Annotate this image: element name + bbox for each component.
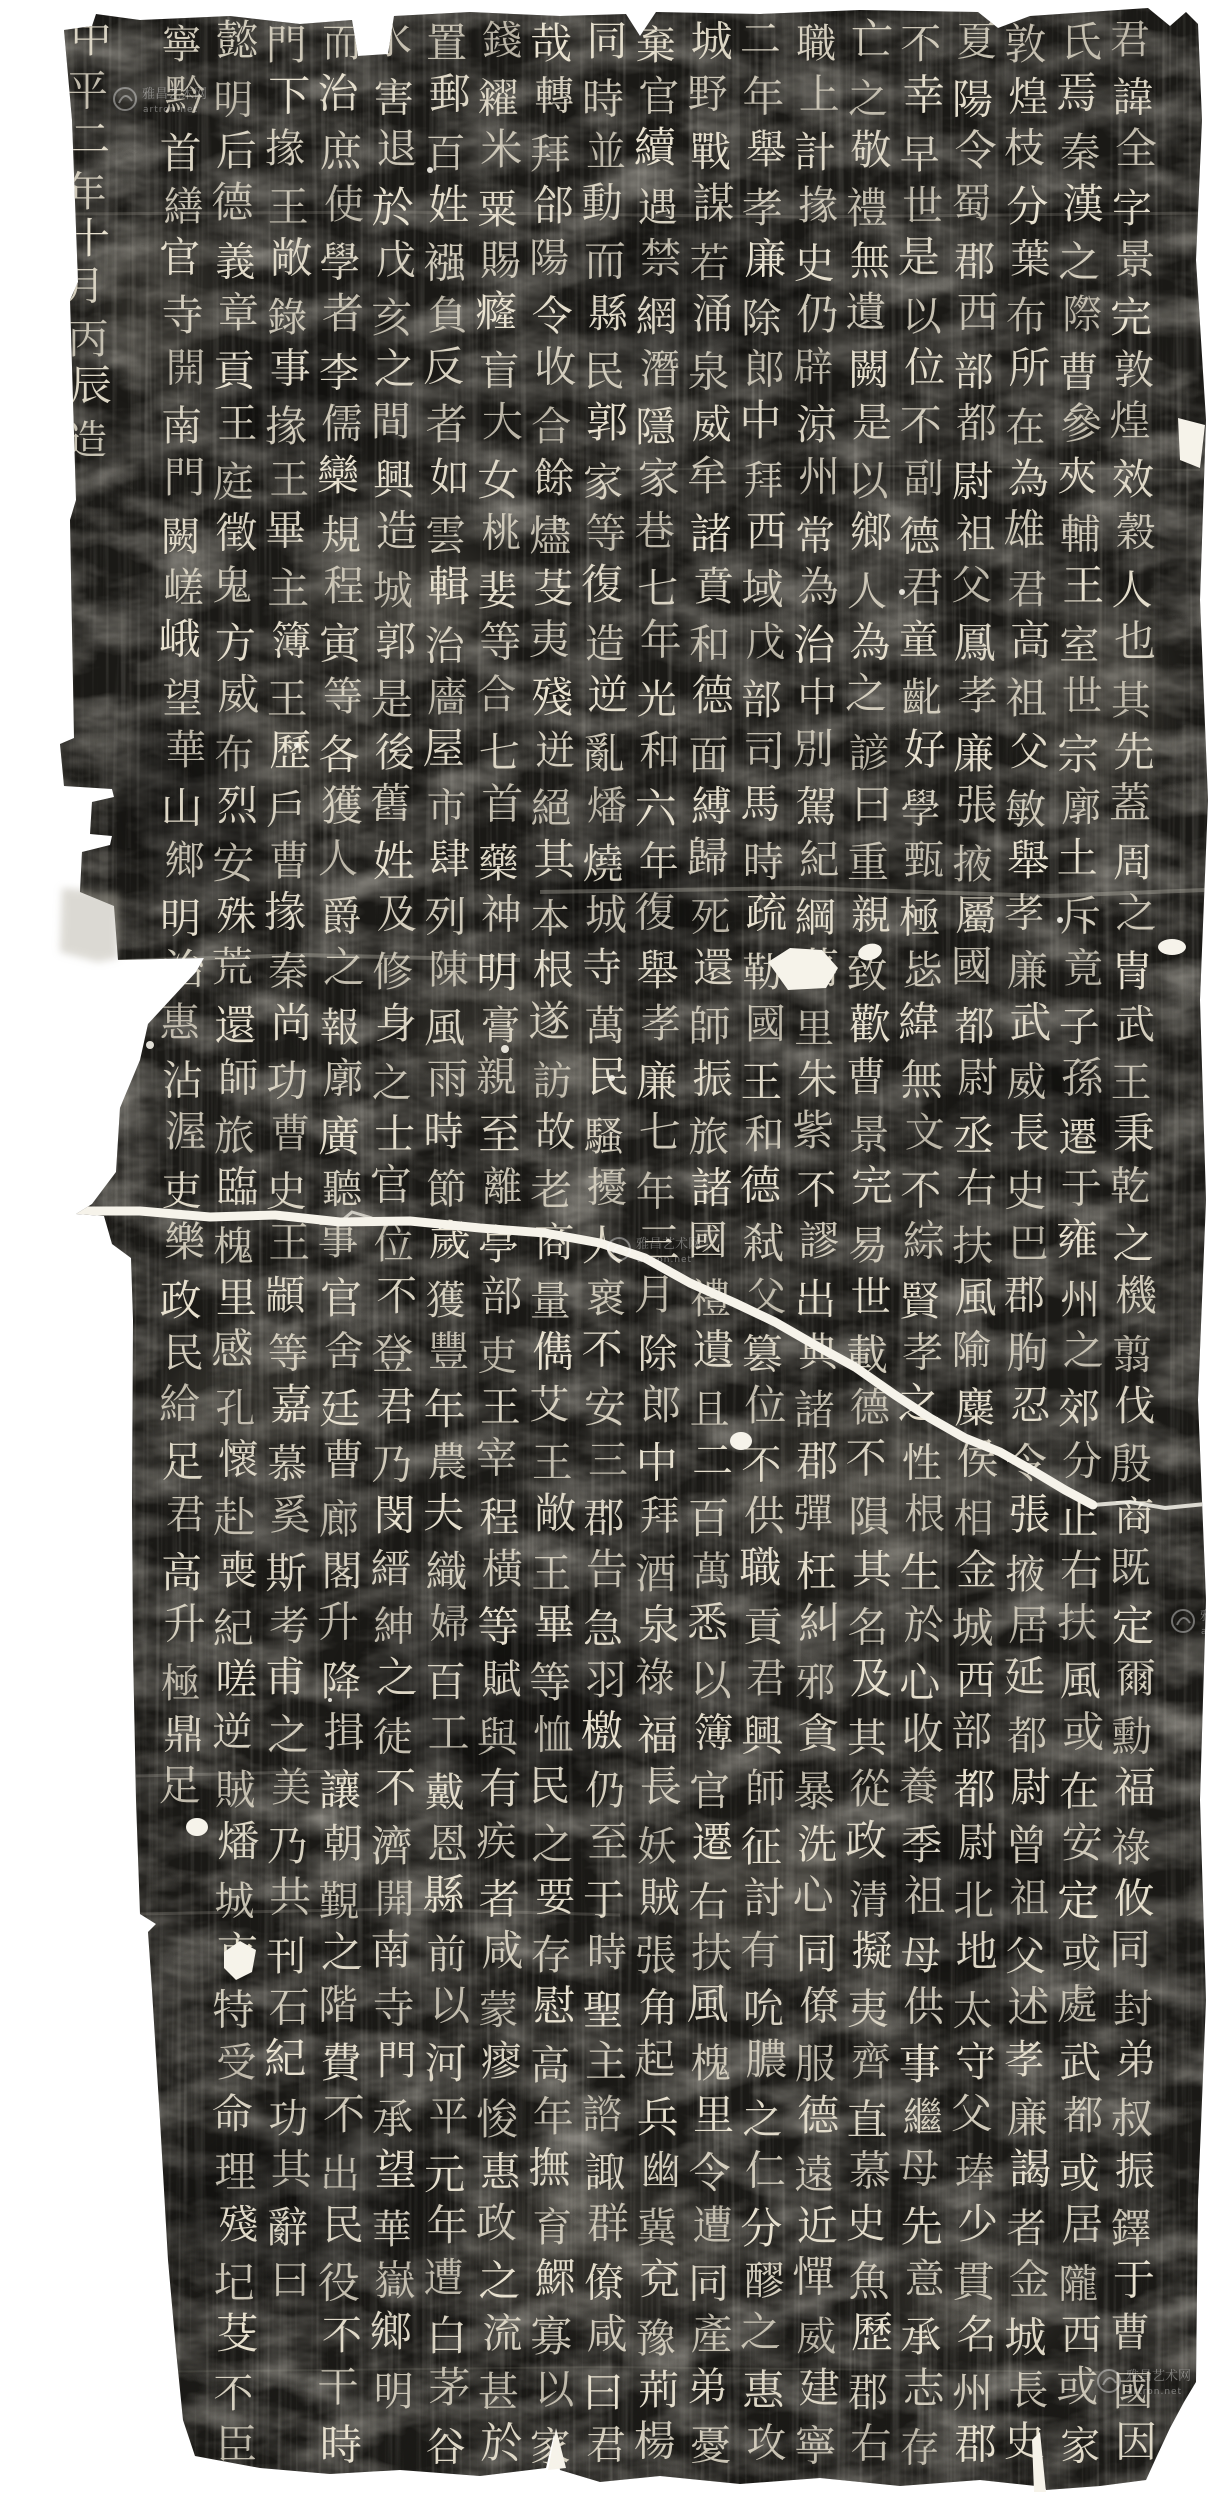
glyph: 掾 xyxy=(798,183,838,229)
text-column-12: 哉轉拜郃陽令收合餘燼芟夷殘迸絕其本根遂訪故老商量儁艾王敞王畢等恤民之要存慰高年撫… xyxy=(528,19,577,2471)
glyph: 煌 xyxy=(1008,75,1048,121)
glyph: 騷 xyxy=(583,1114,624,1160)
glyph: 出 xyxy=(794,1275,836,1324)
glyph: 郎 xyxy=(744,346,785,394)
glyph: 不 xyxy=(322,2313,362,2359)
glyph: 共 xyxy=(269,1872,311,1921)
glyph: 不 xyxy=(900,1167,941,1215)
glyph: 夷 xyxy=(529,616,570,664)
glyph: 降 xyxy=(321,1659,361,1705)
glyph: 高 xyxy=(1010,617,1051,665)
glyph: 性 xyxy=(902,1441,942,1487)
glyph: 冀 xyxy=(636,2204,678,2252)
glyph: 縣 xyxy=(588,291,629,337)
glyph: 以 xyxy=(534,2367,576,2413)
glyph: 人 xyxy=(847,569,887,615)
glyph: 廓 xyxy=(1061,784,1101,830)
glyph: 拜 xyxy=(530,130,571,178)
glyph: 里 xyxy=(693,2091,734,2139)
text-column-18: 懿明后德義章貢王庭徵鬼方威布烈安殊荒還師旅臨槐里感孔懷赴喪紀嗟逆賊燔城市特受命理… xyxy=(211,16,259,2468)
glyph: 謀 xyxy=(693,179,735,228)
glyph: 十 xyxy=(68,214,110,263)
glyph: 恤 xyxy=(533,1713,573,1759)
glyph: 效 xyxy=(1112,455,1154,504)
glyph: 郵 xyxy=(429,70,471,119)
watermark-en: artron.net xyxy=(637,1255,692,1265)
glyph: 階 xyxy=(318,1983,358,2029)
glyph: 紀 xyxy=(213,1604,254,1652)
glyph: 害 xyxy=(374,76,414,122)
watermark-cn: 雅昌艺术网 xyxy=(636,1236,701,1252)
watermark-en: artron.net xyxy=(1127,2387,1182,2397)
glyph: 子 xyxy=(1059,1003,1100,1051)
glyph: 悉 xyxy=(687,1598,729,1646)
glyph: 紳 xyxy=(373,1602,414,1650)
glyph: 舉 xyxy=(1007,836,1049,885)
glyph: 僚 xyxy=(799,1984,839,2030)
glyph: 續 xyxy=(634,123,679,172)
glyph: 攸 xyxy=(1114,1874,1155,1922)
glyph: 夷 xyxy=(847,1985,889,2034)
glyph: 張 xyxy=(956,780,998,829)
glyph: 首 xyxy=(481,779,523,828)
glyph: 嘉 xyxy=(270,1380,312,1429)
glyph: 賊 xyxy=(639,1873,680,1921)
glyph: 世 xyxy=(902,182,943,230)
glyph: 于 xyxy=(1113,2256,1155,2305)
glyph: 戴 xyxy=(425,1770,465,1816)
glyph: 粟 xyxy=(477,187,517,233)
glyph: 雲 xyxy=(425,511,466,559)
glyph: 同 xyxy=(688,2260,729,2308)
glyph: 意 xyxy=(905,2257,945,2303)
glyph: 烈 xyxy=(217,781,259,829)
glyph: 鄉 xyxy=(370,2307,412,2356)
glyph: 洗 xyxy=(797,1822,837,1868)
glyph: 其 xyxy=(271,2145,314,2193)
glyph: 德 xyxy=(692,671,735,720)
glyph: 封 xyxy=(1113,1987,1153,2033)
glyph: 酒 xyxy=(635,1550,676,1598)
glyph: 主 xyxy=(585,2037,627,2086)
glyph: 西 xyxy=(1061,2311,1102,2359)
glyph: 直 xyxy=(847,2096,888,2144)
glyph: 者 xyxy=(426,400,468,449)
glyph: 者 xyxy=(479,1875,520,1923)
glyph: 不 xyxy=(796,1168,836,1214)
glyph: 牟 xyxy=(687,452,728,500)
text-column-2: 氏焉秦漢之際曹參夾輔王室世宗廓土斥竟子孫遷于雍州之郊分止右扶風或在安定或處武都或… xyxy=(1056,18,1104,2469)
glyph: 紫 xyxy=(792,1106,834,1155)
glyph: 君 xyxy=(1110,17,1150,63)
glyph: 分 xyxy=(1006,182,1048,231)
glyph: 中 xyxy=(71,14,112,62)
glyph: 之 xyxy=(374,345,416,394)
glyph: 二 xyxy=(740,15,781,63)
glyph: 臣 xyxy=(216,2420,257,2468)
glyph: 遺 xyxy=(846,288,887,336)
glyph: 辰 xyxy=(70,361,112,410)
glyph: 吮 xyxy=(743,1985,785,2033)
glyph: 征 xyxy=(741,1823,782,1871)
glyph: 旅 xyxy=(214,1112,255,1160)
glyph: 師 xyxy=(745,1766,785,1812)
glyph: 蓋 xyxy=(1109,778,1151,827)
glyph: 等 xyxy=(586,509,627,557)
glyph: 足 xyxy=(159,1761,201,1810)
glyph: 孝 xyxy=(742,184,783,232)
glyph: 或 xyxy=(1056,2362,1098,2411)
glyph: 史 xyxy=(846,2201,886,2247)
glyph: 名 xyxy=(957,2312,997,2358)
glyph: 年 xyxy=(742,73,784,122)
glyph: 聽 xyxy=(322,1167,364,1213)
glyph: 燔 xyxy=(217,1817,259,1866)
glyph: 月 xyxy=(634,1270,676,1319)
glyph: 疾 xyxy=(476,1819,516,1865)
glyph: 參 xyxy=(1060,399,1102,448)
glyph: 敦 xyxy=(1114,348,1154,394)
glyph: 餘 xyxy=(534,454,575,502)
glyph: 學 xyxy=(901,786,941,832)
glyph: 延 xyxy=(1003,1652,1045,1701)
glyph: 治 xyxy=(163,945,207,994)
glyph: 夾 xyxy=(1057,454,1097,500)
watermark-en: artron.net xyxy=(143,105,198,115)
glyph: 功 xyxy=(268,2096,308,2142)
glyph: 貢 xyxy=(213,347,257,396)
glyph: 至 xyxy=(588,1818,629,1866)
glyph: 前 xyxy=(427,1932,467,1978)
glyph: 華 xyxy=(372,2207,412,2253)
glyph: 乃 xyxy=(267,1822,308,1870)
glyph: 費 xyxy=(321,2039,364,2087)
glyph: 錄 xyxy=(267,295,307,341)
glyph: 悛 xyxy=(476,2095,518,2144)
glyph: 民 xyxy=(529,1762,570,1810)
glyph: 全 xyxy=(1115,124,1157,173)
glyph: 燔 xyxy=(587,783,627,829)
glyph: 荊 xyxy=(638,2366,679,2414)
glyph: 王 xyxy=(268,1218,310,1267)
glyph: 不 xyxy=(213,2371,253,2417)
glyph: 諏 xyxy=(585,2148,626,2196)
glyph: 疏 xyxy=(745,889,787,938)
glyph: 農 xyxy=(428,1440,468,1486)
glyph: 祖 xyxy=(904,1871,946,1920)
glyph: 戊 xyxy=(376,237,416,283)
glyph: 歷 xyxy=(269,726,311,775)
glyph: 惠 xyxy=(480,2149,522,2195)
glyph: 除 xyxy=(638,1331,679,1377)
glyph: 秦 xyxy=(1060,130,1100,176)
glyph: 郡 xyxy=(1004,1271,1045,1319)
glyph: 部 xyxy=(951,1708,992,1756)
glyph: 郡 xyxy=(848,2370,888,2416)
glyph: 造 xyxy=(376,506,418,555)
glyph: 間 xyxy=(371,399,411,445)
glyph: 都 xyxy=(1063,2093,1103,2139)
glyph: 貢 xyxy=(743,1604,785,1650)
glyph: 里 xyxy=(794,1006,834,1052)
glyph: 雨 xyxy=(427,1054,469,1103)
text-column-8: 二年舉孝廉除郎中拜西域戊部司馬時疏勒國王和德弒父篡位不供職貢君興師征討有吮膿之仁… xyxy=(739,15,787,2466)
glyph: 親 xyxy=(851,893,891,939)
glyph: 七 xyxy=(639,1108,681,1157)
glyph: 父 xyxy=(1005,1932,1046,1980)
glyph: 賦 xyxy=(481,1657,522,1703)
glyph: 無 xyxy=(901,1055,944,1104)
glyph: 右 xyxy=(851,2419,892,2467)
glyph: 緯 xyxy=(898,998,939,1046)
glyph: 平 xyxy=(429,2094,469,2140)
glyph: 之 xyxy=(267,1711,309,1760)
glyph: 故 xyxy=(535,1108,576,1156)
glyph: 褱 xyxy=(586,1276,626,1322)
glyph: 尉 xyxy=(957,1053,998,1101)
glyph: 太 xyxy=(953,1989,993,2035)
glyph: 陽 xyxy=(529,235,569,281)
glyph: 廉 xyxy=(1007,947,1048,995)
glyph: 市 xyxy=(427,785,467,831)
glyph: 父 xyxy=(951,2089,993,2138)
glyph: 福 xyxy=(1114,1763,1156,1812)
glyph: 亂 xyxy=(583,729,625,778)
glyph: 諸 xyxy=(794,1386,835,1434)
glyph: 定 xyxy=(1112,1601,1154,1650)
glyph: 家 xyxy=(638,454,680,503)
glyph: 右 xyxy=(957,1166,997,1212)
glyph: 王 xyxy=(740,1057,782,1106)
glyph: 宰 xyxy=(475,1434,517,1483)
glyph: 時 xyxy=(320,2420,362,2469)
glyph: 揖 xyxy=(324,1709,365,1757)
glyph: 年 xyxy=(424,1385,466,1434)
glyph: 常 xyxy=(795,513,835,559)
glyph: 命 xyxy=(212,2090,253,2138)
glyph: 懿 xyxy=(216,16,259,65)
glyph: 者 xyxy=(1006,2206,1046,2252)
glyph: 流 xyxy=(482,2311,522,2357)
glyph: 職 xyxy=(739,1543,781,1592)
glyph: 等 xyxy=(323,674,363,720)
glyph: 分 xyxy=(740,2204,782,2253)
glyph: 曹 xyxy=(322,1436,364,1485)
glyph: 膏 xyxy=(480,1003,520,1049)
glyph: 后 xyxy=(216,127,257,175)
glyph: 訪 xyxy=(532,1058,572,1104)
glyph: 廣 xyxy=(318,1112,362,1161)
glyph: 隕 xyxy=(848,1492,894,1541)
glyph: 定 xyxy=(1057,1876,1099,1925)
glyph: 城 xyxy=(1004,2313,1046,2362)
glyph: 部 xyxy=(480,1272,522,1321)
glyph: 藥 xyxy=(478,841,518,887)
glyph: 造 xyxy=(67,418,107,464)
glyph: 月 xyxy=(65,264,105,310)
glyph: 畢 xyxy=(534,1600,575,1648)
glyph: 相 xyxy=(954,1496,994,1542)
glyph: 曹 xyxy=(270,1111,310,1157)
glyph: 癃 xyxy=(475,287,517,336)
glyph: 易 xyxy=(848,1223,888,1269)
glyph: 紀 xyxy=(799,837,839,883)
glyph: 樂 xyxy=(164,1218,206,1266)
glyph: 干 xyxy=(318,2363,359,2411)
glyph: 賢 xyxy=(900,1279,943,1325)
glyph: 鳳 xyxy=(954,619,996,668)
glyph: 仍 xyxy=(585,1768,625,1814)
glyph: 沾 xyxy=(162,1056,203,1104)
watermark-en: artron.net xyxy=(1201,1627,1216,1637)
glyph: 祖 xyxy=(1005,674,1047,723)
glyph: 荒 xyxy=(212,943,253,991)
glyph: 兗 xyxy=(639,2255,681,2304)
glyph: 婦 xyxy=(430,1601,470,1647)
glyph: 峨 xyxy=(159,615,201,664)
glyph: 官 xyxy=(159,233,200,281)
glyph: 覲 xyxy=(319,1877,360,1925)
glyph: 乾 xyxy=(1110,1164,1150,1210)
glyph: 居 xyxy=(1061,2200,1103,2249)
glyph: 敞 xyxy=(270,233,312,282)
text-column-4: 夏陽令蜀郡西部都尉祖父鳳孝廉張掖屬國都尉丞右扶風隃麋侯相金城西部都尉北地太守父琫… xyxy=(951,19,999,2468)
glyph: 曹 xyxy=(1058,349,1099,397)
glyph: 或 xyxy=(1062,1708,1104,1757)
glyph: 令 xyxy=(532,292,573,340)
glyph: 遠 xyxy=(794,2152,834,2198)
glyph: 門 xyxy=(164,453,206,502)
glyph: 師 xyxy=(689,1002,731,1051)
glyph: 守 xyxy=(955,2038,996,2086)
glyph: 反 xyxy=(423,343,464,391)
glyph: 同 xyxy=(795,1929,837,1978)
glyph: 于 xyxy=(1061,1165,1102,1213)
glyph: 寺 xyxy=(582,945,622,991)
glyph: 殊 xyxy=(216,894,256,940)
glyph: 位 xyxy=(744,1381,786,1430)
glyph: 之 xyxy=(323,943,365,992)
glyph: 德 xyxy=(211,178,254,227)
glyph: 孝 xyxy=(958,673,998,719)
glyph: 工 xyxy=(428,1709,470,1758)
glyph: 童 xyxy=(899,618,939,664)
glyph: 舉 xyxy=(637,946,679,995)
text-column-16: 而治庶使學者李儒欒規程寅等各獲人爵之報廓廣聽事官舍廷曹廊閣升降揖讓朝覲之階費不出… xyxy=(317,20,365,2469)
glyph: 志 xyxy=(903,2364,946,2413)
glyph: 惠 xyxy=(742,2366,786,2415)
glyph: 繕 xyxy=(164,184,204,230)
glyph: 不 xyxy=(900,20,941,68)
glyph: 至 xyxy=(478,1110,520,1159)
glyph: 為 xyxy=(1008,455,1049,503)
glyph: 辭 xyxy=(266,2203,308,2252)
glyph: 迸 xyxy=(535,728,575,774)
glyph: 長 xyxy=(1009,1109,1050,1157)
glyph: 曾 xyxy=(1005,1821,1047,1870)
glyph: 布 xyxy=(1006,293,1047,341)
glyph: 貫 xyxy=(953,2258,998,2307)
glyph: 漢 xyxy=(1063,180,1104,228)
glyph: 嶽 xyxy=(374,2257,415,2305)
glyph: 掾 xyxy=(265,402,307,451)
glyph: 不 xyxy=(582,1325,623,1373)
glyph: 三 xyxy=(588,1438,628,1484)
glyph: 風 xyxy=(424,1004,465,1052)
glyph: 憂 xyxy=(690,2421,731,2469)
glyph: 和 xyxy=(689,621,730,669)
glyph: 其 xyxy=(533,835,577,884)
glyph: 之 xyxy=(376,1653,418,1702)
glyph: 張 xyxy=(1008,1490,1050,1539)
glyph: 河 xyxy=(425,2039,467,2088)
glyph: 闕 xyxy=(161,514,201,560)
glyph: 廧 xyxy=(427,673,468,721)
glyph: 閣 xyxy=(322,1547,363,1595)
glyph: 旅 xyxy=(688,1113,729,1161)
glyph: 膿 xyxy=(745,2035,787,2084)
glyph: 雄 xyxy=(1003,505,1045,554)
glyph: 豫 xyxy=(636,2316,676,2362)
glyph: 令 xyxy=(955,126,997,175)
glyph: 所 xyxy=(1008,344,1050,393)
glyph: 中 xyxy=(797,675,837,721)
glyph: 也 xyxy=(1114,617,1156,666)
glyph: 涌 xyxy=(692,290,733,338)
glyph: 周 xyxy=(1113,840,1153,886)
glyph: 述 xyxy=(1007,1983,1049,2032)
glyph: 高 xyxy=(530,2043,570,2089)
glyph: 丙 xyxy=(68,315,109,363)
glyph: 司 xyxy=(743,727,785,776)
glyph: 不 xyxy=(846,1435,887,1483)
glyph: 郭 xyxy=(586,398,628,447)
glyph: 存 xyxy=(900,2425,940,2471)
glyph: 王 xyxy=(269,457,309,503)
glyph: 廊 xyxy=(319,1497,359,1543)
glyph: 之 xyxy=(742,2097,782,2143)
glyph: 政 xyxy=(476,2199,517,2247)
glyph: 金 xyxy=(956,1546,997,1594)
glyph: 燒 xyxy=(583,840,624,888)
glyph: 慰 xyxy=(533,1982,576,2031)
glyph: 城 xyxy=(952,1603,994,1652)
glyph: 枉 xyxy=(796,1548,837,1596)
glyph: 後 xyxy=(375,730,416,776)
glyph: 慕 xyxy=(267,1442,307,1488)
glyph: 曹 xyxy=(269,837,310,885)
glyph: 寡 xyxy=(530,2312,572,2361)
glyph: 先 xyxy=(901,2202,943,2251)
glyph: 謁 xyxy=(1009,2144,1051,2193)
glyph: 廷 xyxy=(320,1385,361,1433)
glyph: 冑 xyxy=(1111,947,1153,996)
glyph: 世 xyxy=(1062,672,1103,720)
glyph: 承 xyxy=(900,2313,941,2361)
glyph: 寧 xyxy=(162,22,202,68)
glyph: 掖 xyxy=(1005,1552,1045,1598)
glyph: 絕 xyxy=(531,784,572,832)
text-column-20: 中平二年十月丙辰造 xyxy=(65,14,112,464)
glyph: 郭 xyxy=(375,618,416,666)
glyph: 簿 xyxy=(271,619,311,665)
glyph: 王 xyxy=(217,401,257,447)
glyph: 無 xyxy=(850,238,891,284)
glyph: 完 xyxy=(1110,293,1152,342)
glyph: 王 xyxy=(480,1383,521,1431)
glyph: 足 xyxy=(162,1438,204,1487)
glyph: 和 xyxy=(744,1112,784,1158)
